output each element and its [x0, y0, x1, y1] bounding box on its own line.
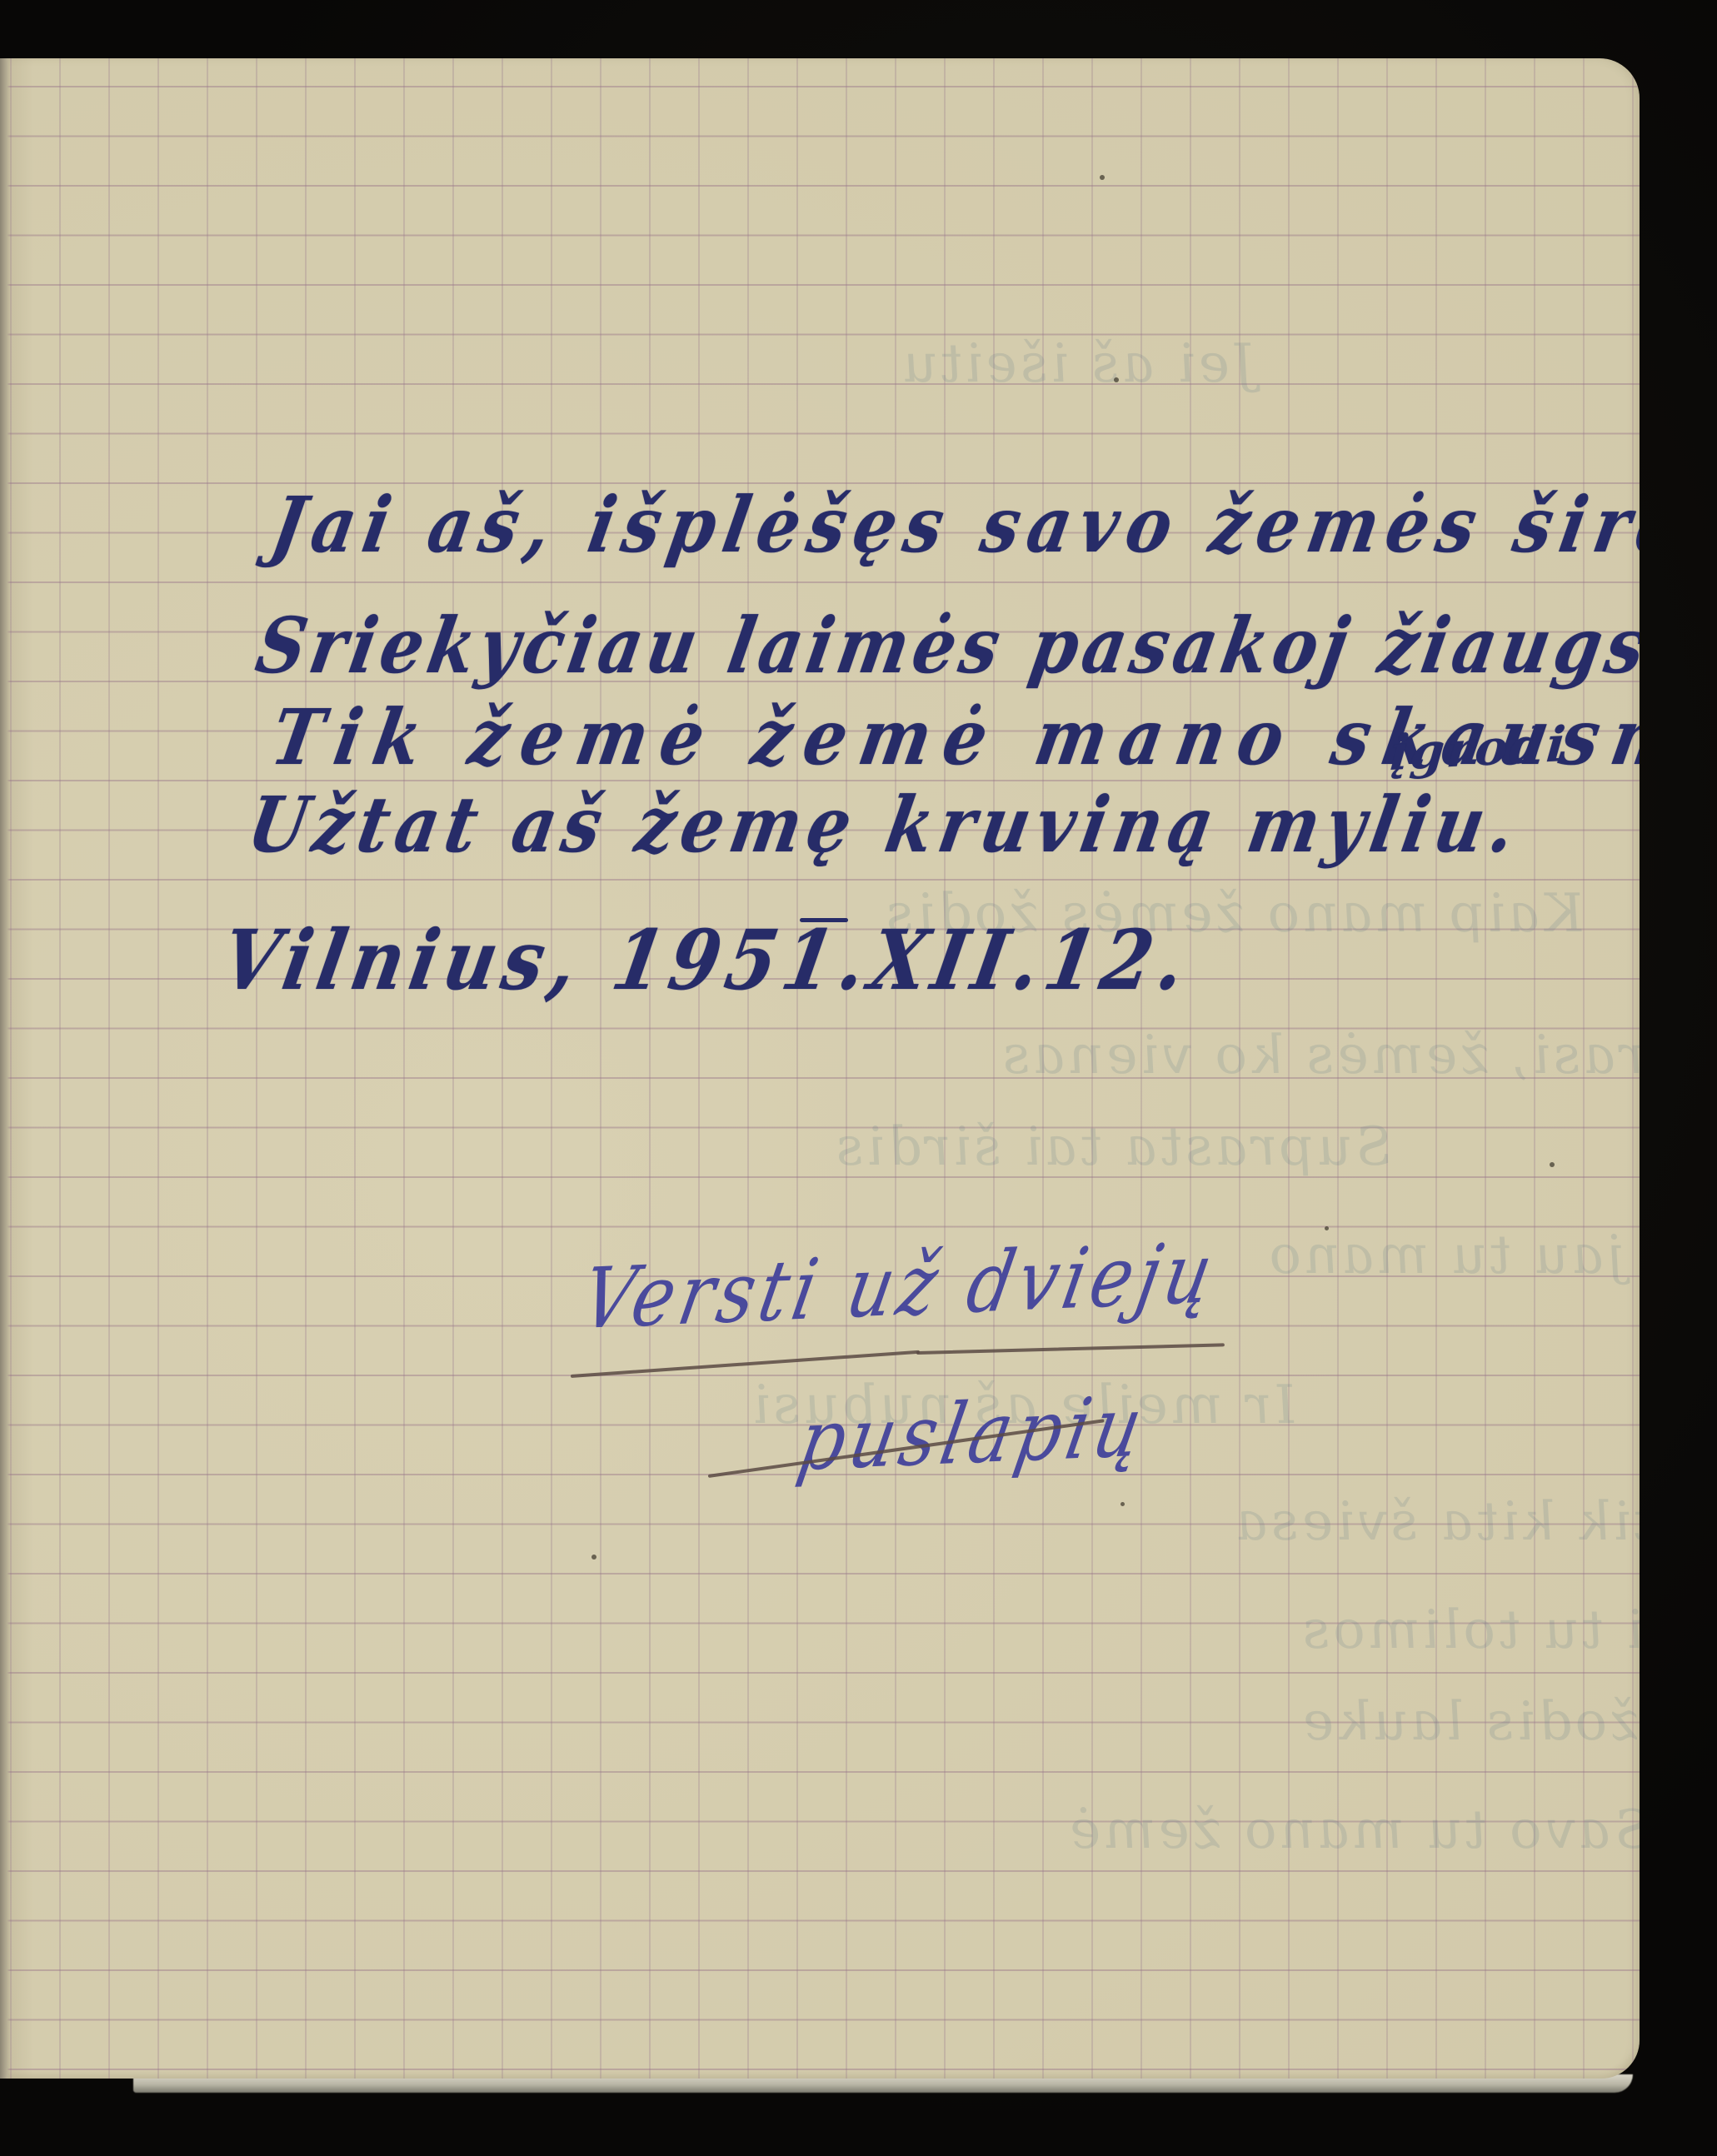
paper-speck [1100, 175, 1105, 180]
poem-line-4: Užtat aš žemę kruviną myliu. [242, 780, 1529, 870]
interlinear-insertion: įgrodi [1387, 716, 1570, 781]
paper-speck [1121, 1502, 1125, 1506]
paper-speck [1550, 1162, 1555, 1167]
notebook-page: Jei aš išeitu Kaip mano žemės žodis Nama… [0, 58, 1640, 2079]
paper-speck [1325, 1226, 1329, 1230]
graph-paper-grid [0, 58, 1640, 2079]
place-date: Vilnius, 1951.XII.12. [215, 912, 1199, 1009]
crossed-out-note-line-2: puslapių [791, 1377, 1155, 1490]
roman-numeral-overbar [800, 918, 848, 922]
poem-line-1: Jai aš, išplėšęs savo žemės širdį, [265, 480, 1640, 570]
poem-line-2: Sriekyčiau laimės pasakoj žiaugsdamas. [250, 601, 1640, 691]
binding-edge [0, 58, 10, 2079]
paper-speck [1114, 377, 1119, 382]
paper-speck [591, 1555, 596, 1560]
